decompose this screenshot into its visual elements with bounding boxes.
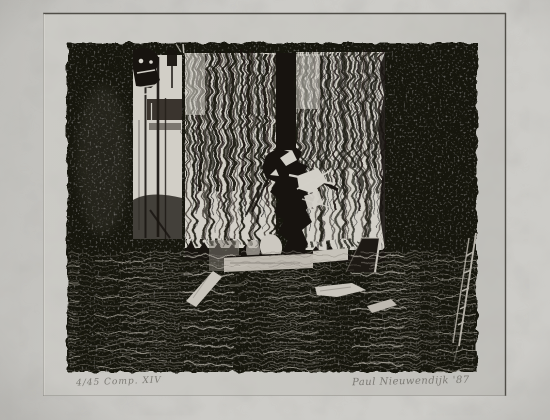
- print-artwork: [0, 0, 550, 420]
- vignette: [0, 0, 550, 420]
- photograph-of-woodcut-print: 4/45 Comp. XIV Paul Nieuwendijk '87: [0, 0, 550, 420]
